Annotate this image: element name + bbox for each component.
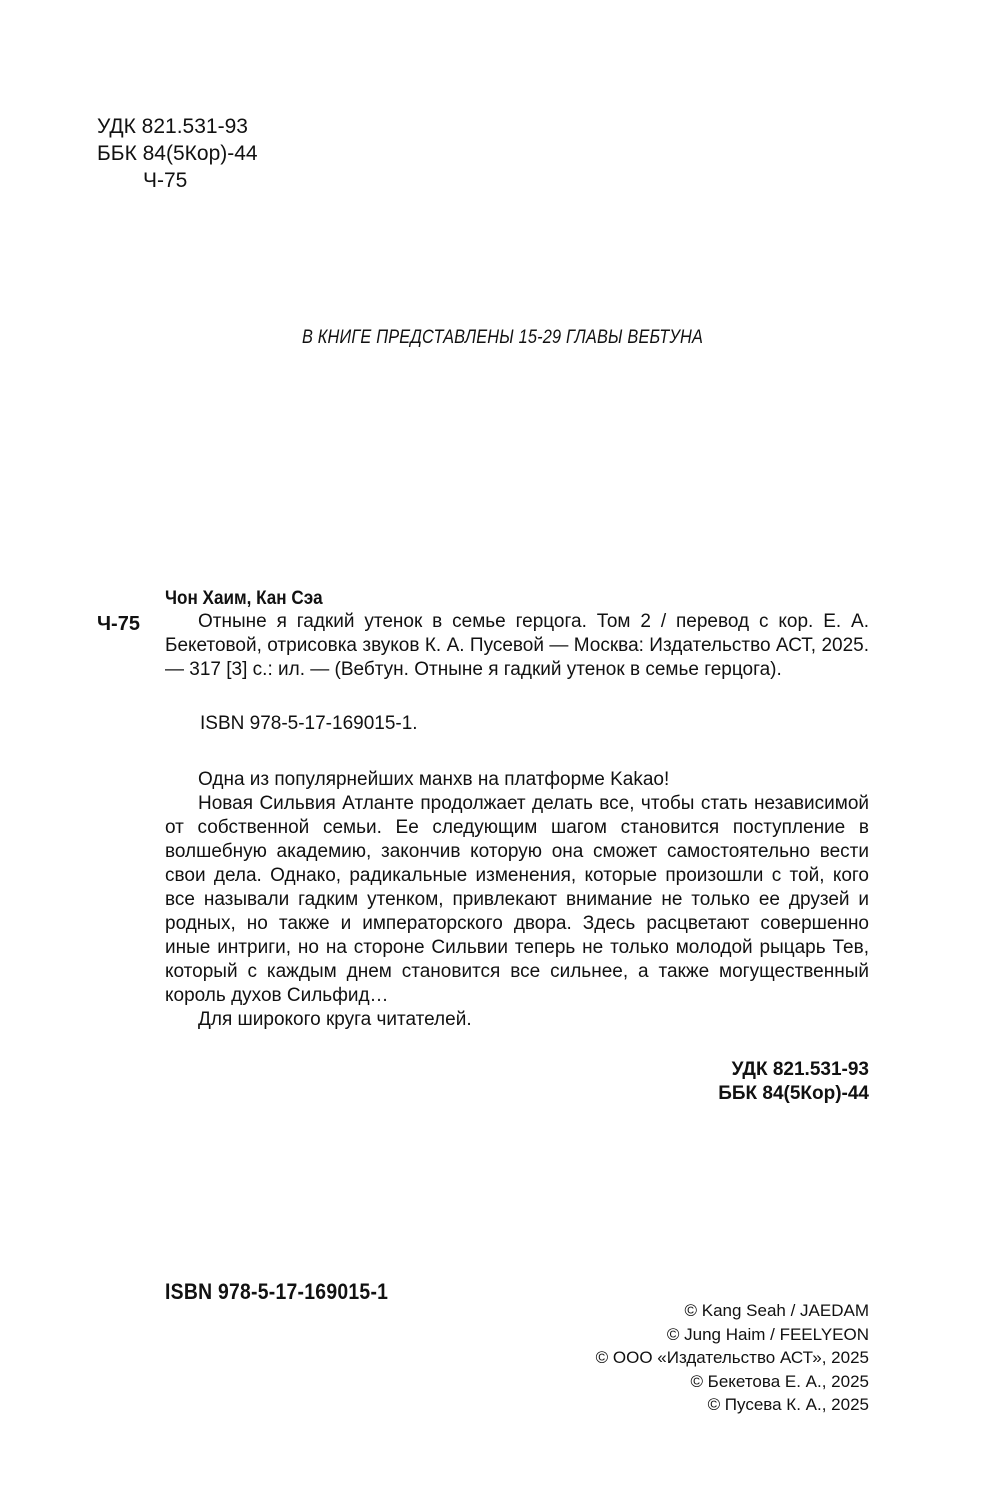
catalog-isbn: ISBN 978-5-17-169015-1. [200, 713, 418, 735]
copyright-line: © ООО «Издательство АСТ», 2025 [596, 1346, 869, 1370]
annotation-paragraph: Для широкого круга читателей. [165, 1008, 869, 1032]
bbk-code: ББК 84(5Кор)-44 [718, 1082, 869, 1106]
copyright-line: © Бекетова Е. А., 2025 [596, 1370, 869, 1394]
annotation-paragraph: Одна из популярнейших манхв на платформе… [165, 768, 869, 792]
udk-code: УДК 821.531-93 [718, 1058, 869, 1082]
bibliographic-record: Отныне я гадкий утенок в семье герцога. … [165, 610, 869, 682]
author-mark: Ч-75 [97, 167, 258, 194]
isbn-main: ISBN 978-5-17-169015-1 [165, 1279, 388, 1305]
catalog-description: Отныне я гадкий утенок в семье герцога. … [165, 610, 869, 682]
annotation: Одна из популярнейших манхв на платформе… [165, 768, 869, 1032]
bbk-code: ББК 84(5Кор)-44 [97, 140, 258, 167]
annotation-paragraph: Новая Сильвия Атланте продолжает делать … [165, 792, 869, 1008]
copyright-block: © Kang Seah / JAEDAM © Jung Haim / FEELY… [596, 1299, 869, 1417]
bottom-classification-codes: УДК 821.531-93 ББК 84(5Кор)-44 [718, 1058, 869, 1106]
catalog-authors: Чон Хаим, Кан Сэа [165, 588, 323, 610]
chapters-notice: В КНИГЕ ПРЕДСТАВЛЕНЫ 15-29 ГЛАВЫ ВЕБТУНА [73, 327, 933, 349]
udk-code: УДК 821.531-93 [97, 113, 258, 140]
copyright-line: © Jung Haim / FEELYEON [596, 1323, 869, 1347]
copyright-line: © Пусева К. А., 2025 [596, 1393, 869, 1417]
catalog-author-mark: Ч-75 [97, 613, 140, 636]
top-classification-codes: УДК 821.531-93 ББК 84(5Кор)-44 Ч-75 [97, 113, 258, 194]
copyright-line: © Kang Seah / JAEDAM [596, 1299, 869, 1323]
